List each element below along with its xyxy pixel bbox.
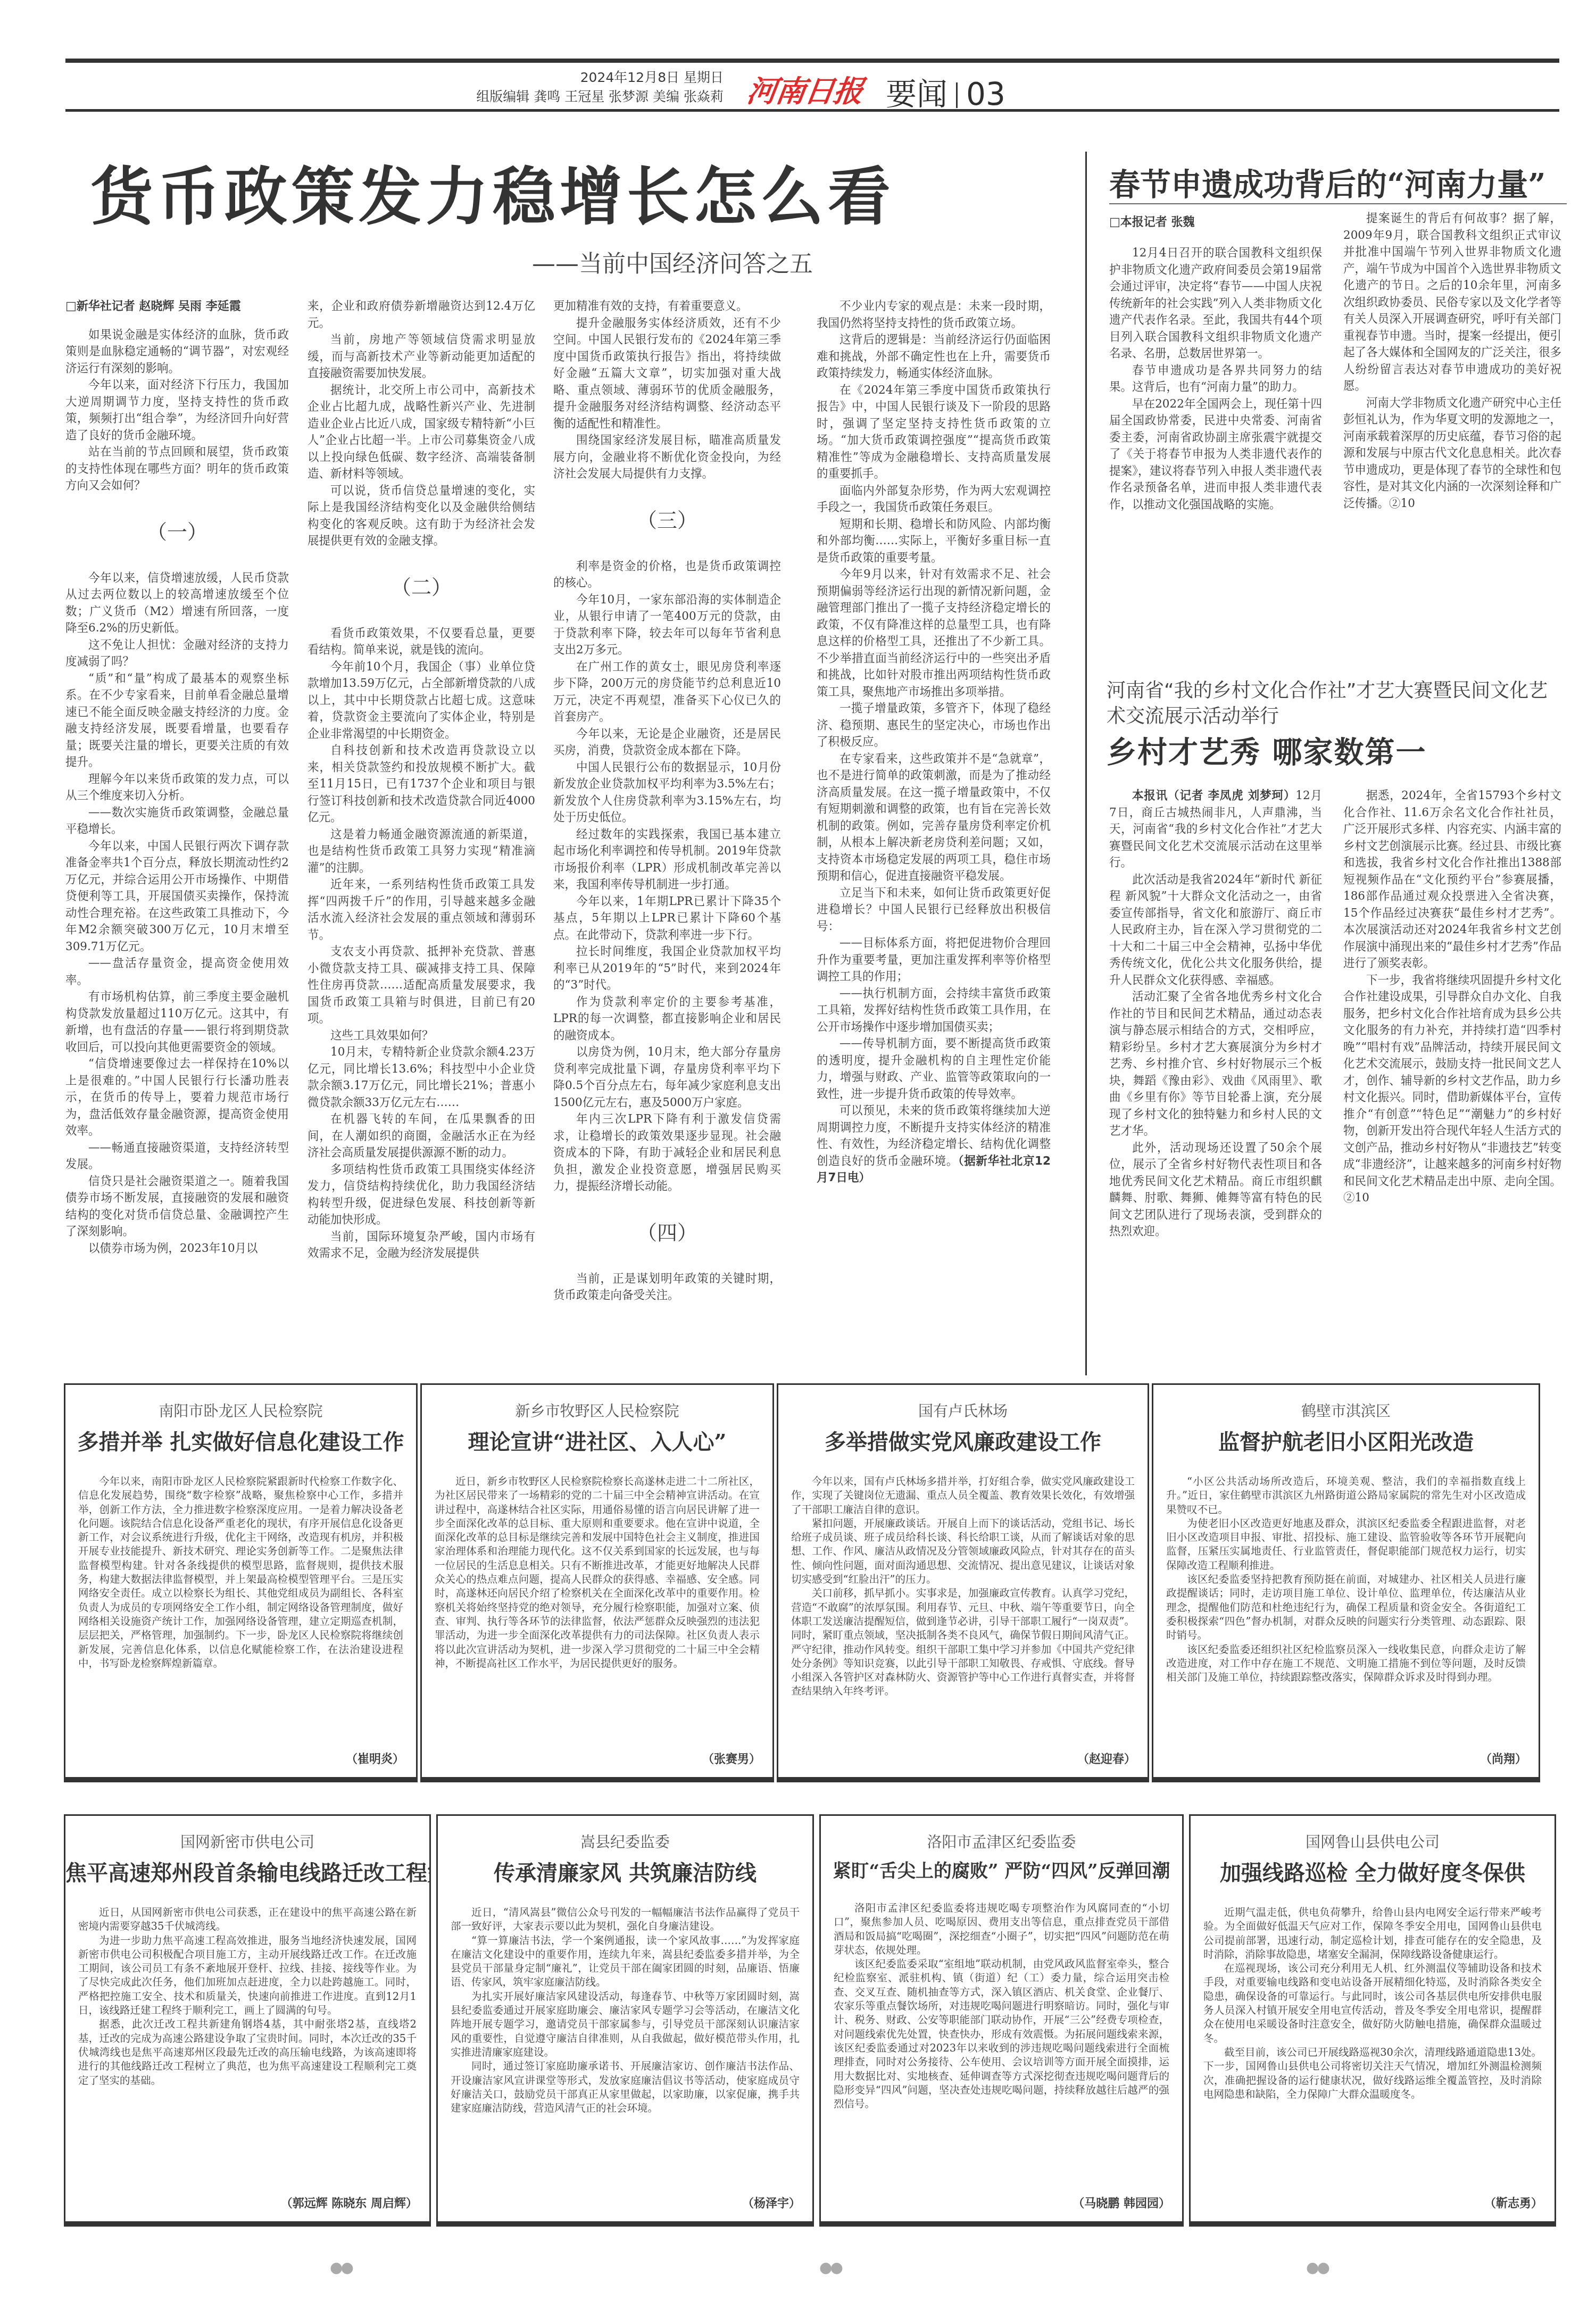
paragraph: 今年以来，信贷增速放缓，人民币贷款从过去两位数以上的较高增速放缓至个位数；广义货…: [65, 570, 289, 637]
box-headline: 传承清廉家风 共筑廉洁防线: [438, 1856, 812, 1887]
paragraph: 可以预见，未来的货币政策将继续加大逆周期调控力度，不断提升支持实体经济的精准性、…: [817, 1102, 1051, 1186]
paragraph: 利率是资金的价格，也是货币政策调控的核心。: [553, 558, 781, 592]
paragraph: “小区公共活动场所改造后，环境美观、整洁，我们的幸福指数直线上升。”近日，家住鹤…: [1166, 1475, 1526, 1517]
paragraph: 为使老旧小区改造更好地惠及群众，淇滨区纪委监委全程跟进监督，对老旧小区改造项目申…: [1166, 1517, 1526, 1573]
main-headline: 货币政策发力稳增长怎么看: [90, 160, 1069, 234]
paragraph: 据悉，此次迁改工程共新建角钢塔4基，其中耐张塔2基，直线塔2基，迁改的完成为高速…: [78, 2018, 417, 2087]
news-lead: 本报讯（记者 李凤虎 刘梦珂）: [1132, 789, 1295, 802]
sidebar-kicker-2: 河南省“我的乡村文化合作社”才艺大赛暨民间文化艺术交流展示活动举行: [1107, 678, 1564, 729]
page-mark-right: ●●: [1306, 2259, 1328, 2276]
paragraph: 理解今年以来货币政策的发力点，可以从三个维度来切入分析。: [65, 771, 289, 804]
paragraph: 看货币政策效果，不仅要看总量，更要看结构。简单来说，就是钱的流向。: [307, 625, 535, 659]
paragraph: 短期和长期、稳增长和防风险、内部均衡和外部均衡……实际上，平衡好多重目标一直是货…: [817, 516, 1051, 567]
box-headline: 加强线路巡检 全力做好度冬保供: [1191, 1856, 1555, 1887]
box-body: “小区公共活动场所改造后，环境美观、整洁，我们的幸福指数直线上升。”近日，家住鹤…: [1153, 1456, 1539, 1684]
paragraph: ——目标体系方面，将把促进物价合理回升作为重要考量，更加注重发挥利率等价格型调控…: [817, 935, 1051, 985]
paragraph: 早在2022年全国两会上，现任第十四届全国政协常委，民进中央常委、河南省委主委，…: [1109, 396, 1322, 513]
paragraph: 今年以来，南阳市卧龙区人民检察院紧跟新时代检察工作数字化、信息化发展趋势，围绕“…: [78, 1475, 403, 1671]
paragraph: 此外，活动现场还设置了50余个展位，展示了全省乡村好物代表性项目和各地优秀民间文…: [1109, 1140, 1322, 1240]
paragraph: 今年以来，面对经济下行压力，我国加大逆周期调节力度，坚持支持性的货币政策，频频打…: [65, 377, 289, 444]
section-divider: [956, 82, 958, 108]
paragraph: 来，企业和政府债券新增融资达到12.4万亿元。: [307, 298, 535, 331]
paragraph: 以房贷为例，10月末，绝大部分存量房贷利率完成批量下调，存量房贷利率平均下降0.…: [553, 1044, 781, 1111]
paragraph: 10月末，专精特新企业贷款余额4.23万亿元，同比增长13.6%；科技型中小企业…: [307, 1044, 535, 1111]
box-body: 近日，新乡市牧野区人民检察院检察长高遂林走进二十二所社区，为社区居民带来了一场精…: [422, 1456, 772, 1671]
paragraph: 该区纪委监委还组织社区纪检监察员深入一线收集民意，向群众走访了解改造进度，对工作…: [1166, 1643, 1526, 1685]
paragraph: ——盘活存量资金，提高资金使用效率。: [65, 955, 289, 989]
paragraph: 围绕国家经济发展目标，瞄准高质量发展方向，金融业将不断优化资金投向，为经济社会发…: [553, 432, 781, 483]
main-article-column-4: 不少业内专家的观点是：未来一段时期，我国仍然将坚持支持性的货币政策立场。 这背后…: [817, 298, 1051, 1389]
section-header: 要闻03: [886, 69, 1005, 114]
box-author: （尚翔）: [1480, 1750, 1527, 1766]
paragraph: 一揽子增量政策，多管齐下，体现了稳经济、稳预期、惠民生的坚定决心，市场也作出了积…: [817, 700, 1051, 751]
paragraph: “算一算廉洁书法，学一个案例通报，读一个家风故事……”为发挥家庭在廉洁文化建设中…: [451, 1934, 800, 1990]
masthead-meta: 2024年12月8日 星期日 组版编辑 龚鸣 王冠星 张梦源 美编 张焱莉: [404, 68, 724, 106]
paragraph: 信贷只是社会融资渠道之一。随着我国债券市场不断发展，直接融资的发展和融资结构的变…: [65, 1173, 289, 1240]
box-body: 今年以来，南阳市卧龙区人民检察院紧跟新时代检察工作数字化、信息化发展趋势，围绕“…: [65, 1456, 416, 1671]
boxed-article-xinxiang: 新乡市牧野区人民检察院 理论宣讲“进社区、入人心” 近日，新乡市牧野区人民检察院…: [420, 1383, 774, 1782]
paragraph: 多项结构性货币政策工具围绕实体经济发力，信贷结构持续优化，助力我国经济结构转型升…: [307, 1161, 535, 1228]
box-author: （杨泽宇）: [742, 2194, 801, 2211]
paragraph: 近年来，一系列结构性货币政策工具发挥“四两拨千斤”的作用，引导越来越多金融活水流…: [307, 876, 535, 943]
main-column-divider: [1085, 152, 1087, 1375]
paragraph: 立足当下和未来，如何让货币政策更好促进稳增长？中国人民银行已经释放出积极信号：: [817, 885, 1051, 935]
paragraph: 洛阳市孟津区纪委监委将违规吃喝专项整治作为风腐同查的“小切口”，聚焦参加人员、吃…: [834, 1902, 1169, 1957]
paragraph: “信贷增速要像过去一样保持在10%以上是很难的。”中国人民银行行长潘功胜表示，在…: [65, 1056, 289, 1140]
paragraph: 年内三次LPR下降有利于激发信贷需求，让稳增长的政策效果逐步显现。社会融资成本的…: [553, 1111, 781, 1195]
box-organization: 嵩县纪委监委: [438, 1831, 812, 1852]
box-body: 近日，“清风嵩县”微信公众号刊发的一幅幅廉洁书法作品赢得了党员干部一致好评，大家…: [438, 1887, 812, 2115]
box-author: （郭远辉 陈晓东 周启辉）: [281, 2194, 418, 2211]
paragraph: 中国人民银行公布的数据显示，10月份新发放企业贷款加权平均利率为3.5%左右；新…: [553, 759, 781, 826]
sidebar-headline-1: 春节申遗成功背后的“河南力量”: [1109, 160, 1546, 204]
boxed-article-songxian: 嵩县纪委监委 传承清廉家风 共筑廉洁防线 近日，“清风嵩县”微信公众号刊发的一幅…: [436, 1814, 814, 2227]
boxed-article-xinmi: 国网新密市供电公司 焦平高速郑州段首条输电线路迁改工程完工 近日，从国网新密市供…: [64, 1814, 431, 2227]
paragraph: 截至目前，该公司已开展线路巡视30余次，清理线路通道隐患13处。下一步，国网鲁山…: [1203, 2046, 1542, 2102]
paragraph: 近日，从国网新密市供电公司获悉，正在建设中的焦平高速公路在新密境内需要穿越35千…: [78, 1906, 417, 1934]
paragraph: 今年以来，国有卢氏林场多措并举，打好组合拳，做实党风廉政建设工作，实现了关键岗位…: [791, 1475, 1135, 1517]
paragraph: 提升金融服务实体经济质效，还有不少空间。中国人民银行发布的《2024年第三季度中…: [553, 315, 781, 433]
paragraph: 该区纪委监委坚持把教育预防挺在前面，对城建办、社区相关人员进行廉政提醒谈话；同时…: [1166, 1573, 1526, 1642]
sidebar-1-column-1: 12月4日召开的联合国教科文组织保护非物质文化遗产政府间委员会第19届常会通过评…: [1109, 245, 1322, 660]
paragraph: 今年以来，无论是企业融资，还是居民买房，消费，贷款资金成本都在下降。: [553, 726, 781, 759]
sidebar-title-rule: [1109, 203, 1567, 204]
paragraph: 这背后的逻辑是：当前经济运行仍面临困难和挑战，外部不确定性也在上升，需要货币政策…: [817, 331, 1051, 382]
paragraph: 下一步，我省将继续巩固提升乡村文化合作社建设成果，引导群众自办文化、自我服务，把…: [1343, 972, 1561, 1207]
box-organization: 洛阳市孟津区纪委监委: [821, 1831, 1182, 1852]
boxed-article-lushi: 国有卢氏林场 多举措做实党风廉政建设工作 今年以来，国有卢氏林场多措并举，打好组…: [777, 1383, 1149, 1782]
box-organization: 新乡市牧野区人民检察院: [422, 1400, 772, 1421]
paragraph: 同时，通过签订家庭助廉承诺书、开展廉洁家访、创作廉洁书法作品、开设廉洁家风宣讲课…: [451, 2060, 800, 2115]
box-body: 今年以来，国有卢氏林场多措并举，打好组合拳，做实党风廉政建设工作，实现了关键岗位…: [778, 1456, 1148, 1699]
boxed-article-mengjin: 洛阳市孟津区纪委监委 紧盯“舌尖上的腐败” 严防“四风”反弹回潮 洛阳市孟津区纪…: [819, 1814, 1184, 2227]
box-organization: 国网鲁山县供电公司: [1191, 1831, 1555, 1852]
paragraph: 不少业内专家的观点是：未来一段时期，我国仍然将坚持支持性的货币政策立场。: [817, 298, 1051, 331]
paragraph: 以债券市场为例，2023年10月以: [65, 1240, 289, 1257]
paragraph: 据统计，北交所上市公司中，高新技术企业占比超九成，战略性新兴产业、先进制造业企业…: [307, 382, 535, 483]
masthead-top-rule: [65, 59, 1559, 63]
paragraph: 可以说，货币信贷总量增速的变化，实际上是我国经济结构变化以及金融供给侧结构变化的…: [307, 483, 535, 550]
paragraph: 活动汇聚了全省各地优秀乡村文化合作社的节目和民间艺术精品，通过动态表演与静态展示…: [1109, 989, 1322, 1140]
box-author: （张赛男）: [702, 1750, 761, 1766]
paragraph: 支农支小再贷款、抵押补充贷款、普惠小微贷款支持工具、碳减排支持工具、保障性住房再…: [307, 943, 535, 1027]
paragraph: ——畅通直接融资渠道，支持经济转型发展。: [65, 1140, 289, 1173]
box-author: （马晓鹏 韩园园）: [1073, 2194, 1170, 2211]
newspaper-logo: 河南日报: [744, 68, 865, 111]
paragraph: 今年10月，一家东部沿海的实体制造企业，从银行申请了一笔400万元的贷款，由于贷…: [553, 592, 781, 659]
paragraph: 为进一步助力焦平高速工程高效推进，服务当地经济快速发展，国网新密市供电公司积极配…: [78, 1934, 417, 2018]
main-article-column-1: □新华社记者 赵晓辉 吴雨 李延霞 如果说金融是实体经济的血脉，货币政策则是血脉…: [65, 298, 289, 1389]
paragraph: 近期气温走低，供电负荷攀升，给鲁山县内电网安全运行带来严峻考验。为全面做好低温天…: [1203, 1906, 1542, 1962]
box-headline: 多举措做实党风廉政建设工作: [778, 1425, 1148, 1456]
page-mark-center: ●●: [819, 2259, 841, 2276]
paragraph: 当前，国际环境复杂严峻，国内市场有效需求不足，金融为经济发展提供: [307, 1228, 535, 1262]
main-byline: □新华社记者 赵晓辉 吴雨 李延霞: [65, 298, 289, 315]
box-organization: 南阳市卧龙区人民检察院: [65, 1400, 416, 1421]
paragraph: 在广州工作的黄女士，眼见房贷利率逐步下降，200万元的房贷能节约总利息近10万元…: [553, 659, 781, 726]
box-headline: 理论宣讲“进社区、入人心”: [422, 1425, 772, 1456]
paragraph: 在《2024年第三季度中国货币政策执行报告》中，中国人民银行谈及下一阶段的思路时…: [817, 382, 1051, 483]
paragraph: ——传导机制方面，要不断提高货币政策的透明度，提升金融机构的自主理性定价能力，增…: [817, 1035, 1051, 1102]
box-headline: 监督护航老旧小区阳光改造: [1153, 1425, 1539, 1456]
paragraph: 这不免让人担忧：金融对经济的支持力度减弱了吗？: [65, 637, 289, 670]
section-mark-1: （一）: [65, 513, 289, 551]
box-author: （崔明炎）: [346, 1750, 404, 1766]
paragraph: 关口前移，抓早抓小。实事求是，加强廉政宣传教育。认真学习党纪，营造“不敢腐”的浓…: [791, 1587, 1135, 1698]
sidebar-byline-1: □本报记者 张魏: [1109, 213, 1194, 229]
box-author: （靳志勇）: [1484, 2194, 1543, 2211]
editors-credit: 组版编辑 龚鸣 王冠星 张梦源 美编 张焱莉: [404, 87, 724, 106]
box-organization: 鹤壁市淇滨区: [1153, 1400, 1539, 1421]
issue-date: 2024年12月8日 星期日: [404, 68, 724, 87]
paragraph: ——数次实施货币政策调整，金融总量平稳增长。: [65, 804, 289, 838]
page-mark-left: ●●: [330, 2259, 352, 2276]
paragraph: 为扎实开展好廉洁家风建设活动，每逢春节、中秋等万家团圆时刻，嵩县纪委监委通过开展…: [451, 1990, 800, 2060]
sidebar-headline-2: 乡村才艺秀 哪家数第一: [1107, 729, 1427, 771]
box-body: 近期气温走低，供电负荷攀升，给鲁山县内电网安全运行带来严峻考验。为全面做好低温天…: [1191, 1887, 1555, 2102]
paragraph: 拉长时间维度，我国企业贷款加权平均利率已从2019年的“5”时代，来到2024年…: [553, 943, 781, 994]
paragraph: 这是着力畅通金融资源流通的新渠道，也是结构性货币政策工具努力实现“精准滴灌”的注…: [307, 826, 535, 877]
box-organization: 国网新密市供电公司: [65, 1831, 429, 1852]
paragraph: 在巡视现场，该公司充分利用无人机、红外测温仪等辅助设备和技术手段，对重要输电线路…: [1203, 1962, 1542, 2046]
paragraph: 此次活动是我省2024年“新时代 新征程 新风貌”十大群众文化活动之一，由省委宣…: [1109, 871, 1322, 989]
paragraph: 自科技创新和技术改造再贷款设立以来，相关贷款签约和投放规模不断扩大。截至11月1…: [307, 742, 535, 826]
paragraph: 作为贷款利率定价的主要参考基准，LPR的每一次调整，都直接影响企业和居民的融资成…: [553, 994, 781, 1044]
main-article-column-2: 来，企业和政府债券新增融资达到12.4万亿元。 当前，房地产等领域信贷需求明显放…: [307, 298, 535, 1389]
paragraph: 这些工具效果如何？: [307, 1027, 535, 1044]
paragraph: 有市场机构估算，前三季度主要金融机构贷款发放量超过110万亿元。这其中，有新增，…: [65, 989, 289, 1056]
boxed-article-lushan: 国网鲁山县供电公司 加强线路巡检 全力做好度冬保供 近期气温走低，供电负荷攀升，…: [1189, 1814, 1556, 2227]
sidebar-1-column-2: 提案诞生的背后有何故事？据了解，2009年9月，联合国教科文组织正式审议并批准中…: [1343, 210, 1561, 660]
masthead-bottom-rule: [65, 109, 1559, 112]
paragraph: 面临内外部复杂形势，作为两大宏观调控手段之一，我国货币政策任务艰巨。: [817, 483, 1051, 516]
paragraph: 本报讯（记者 李凤虎 刘梦珂）12月7日，商丘古城热闹非凡，人声鼎沸，当天，河南…: [1109, 787, 1322, 871]
paragraph: 今年以来，1年期LPR已累计下降35个基点，5年期以上LPR已累计下降60个基点…: [553, 893, 781, 944]
paragraph: 近日，“清风嵩县”微信公众号刊发的一幅幅廉洁书法作品赢得了党员干部一致好评，大家…: [451, 1906, 800, 1934]
paragraph: 在机器飞转的车间，在瓜果飘香的田间，在人潮如织的商圈，金融活水正在为经济社会高质…: [307, 1111, 535, 1161]
page-number: 03: [966, 76, 1005, 112]
paragraph: 春节申遗成功是各界共同努力的结果。这背后，也有“河南力量”的助力。: [1109, 362, 1322, 396]
paragraph: 据悉，2024年，全省15793个乡村文化合作社、11.6万余名文化合作社社员，…: [1343, 787, 1561, 972]
box-body: 近日，从国网新密市供电公司获悉，正在建设中的焦平高速公路在新密境内需要穿越35千…: [65, 1887, 429, 2088]
paragraph: 今年9月以来，针对有效需求不足、社会预期偏弱等经济运行出现的新情况新问题，金融管…: [817, 566, 1051, 700]
sidebar-2-column-1: 本报讯（记者 李凤虎 刘梦珂）12月7日，商丘古城热闹非凡，人声鼎沸，当天，河南…: [1109, 787, 1322, 1362]
paragraph: 近日，新乡市牧野区人民检察院检察长高遂林走进二十二所社区，为社区居民带来了一场精…: [435, 1475, 760, 1671]
paragraph: 该区纪委监委采取“室组地”联动机制，由党风政风监督室牵头，整合纪检监察室、派驻机…: [834, 1957, 1169, 2111]
box-author: （赵迎春）: [1077, 1750, 1136, 1766]
paragraph: 河南大学非物质文化遗产研究中心主任彭恒礼认为，作为华夏文明的发源地之一，河南承载…: [1343, 395, 1561, 512]
sidebar-2-column-2: 据悉，2024年，全省15793个乡村文化合作社、11.6万余名文化合作社社员，…: [1343, 787, 1561, 1362]
box-organization: 国有卢氏林场: [778, 1400, 1148, 1421]
paragraph: 12月4日召开的联合国教科文组织保护非物质文化遗产政府间委员会第19届常会通过评…: [1109, 245, 1322, 362]
main-article-column-3: 更加精准有效的支持，有着重要意义。 提升金融服务实体经济质效，还有不少空间。中国…: [553, 298, 781, 1389]
paragraph: 今年以来，中国人民银行两次下调存款准备金率共1个百分点，释放长期流动性约2万亿元…: [65, 838, 289, 956]
paragraph: 今年前10个月，我国企（事）业单位贷款增加13.59万亿元，占全部新增贷款的八成…: [307, 659, 535, 743]
box-body: 洛阳市孟津区纪委监委将违规吃喝专项整治作为风腐同查的“小切口”，聚焦参加人员、吃…: [821, 1882, 1182, 2111]
paragraph: 站在当前的节点回顾和展望，货币政策的支持性体现在哪些方面？明年的货币政策方向又会…: [65, 444, 289, 494]
paragraph: 当前，房地产等领域信贷需求明显放缓，而与高新技术产业等新动能更加适配的直接融资需…: [307, 331, 535, 382]
paragraph: ——执行机制方面，会持续丰富货币政策工具箱，发挥好结构性货币政策工具作用，在公开…: [817, 985, 1051, 1036]
paragraph: 如果说金融是实体经济的血脉，货币政策则是血脉稳定通畅的“调节器”，对宏观经济运行…: [65, 327, 289, 377]
box-headline: 多措并举 扎实做好信息化建设工作: [65, 1425, 416, 1456]
section-mark-4: （四）: [553, 1214, 781, 1251]
paragraph: 更加精准有效的支持，有着重要意义。: [553, 298, 781, 315]
paragraph: “质”和“量”构成了最基本的观察坐标系。在不少专家看来，目前单看金融总量增速已不…: [65, 670, 289, 771]
paragraph: 紧扣问题，开展廉政谈话。开展自上而下的谈话活动，党组书记、场长给班子成员谈、班子…: [791, 1517, 1135, 1587]
main-subheadline: ——当前中国经济问答之五: [532, 245, 813, 279]
boxed-article-hebi: 鹤壁市淇滨区 监督护航老旧小区阳光改造 “小区公共活动场所改造后，环境美观、整洁…: [1152, 1383, 1540, 1782]
paragraph: 经过数年的实践探索，我国已基本建立起市场化利率调控和传导机制。2019年贷款市场…: [553, 826, 781, 893]
paragraph: 在专家看来，这些政策并不是“急就章”，也不是进行简单的政策刺激，而是为了推动经济…: [817, 751, 1051, 885]
paragraph: 提案诞生的背后有何故事？据了解，2009年9月，联合国教科文组织正式审议并批准中…: [1343, 210, 1561, 395]
box-headline: 焦平高速郑州段首条输电线路迁改工程完工: [65, 1856, 429, 1887]
boxed-article-nanyang: 南阳市卧龙区人民检察院 多措并举 扎实做好信息化建设工作 今年以来，南阳市卧龙区…: [64, 1383, 418, 1782]
paragraph: 当前，正是谋划明年政策的关键时期，货币政策走向备受关注。: [553, 1271, 781, 1304]
section-mark-2: （二）: [307, 569, 535, 606]
section-mark-3: （三）: [553, 502, 781, 539]
section-name: 要闻: [886, 76, 947, 112]
box-headline: 紧盯“舌尖上的腐败” 严防“四风”反弹回潮: [821, 1856, 1182, 1882]
